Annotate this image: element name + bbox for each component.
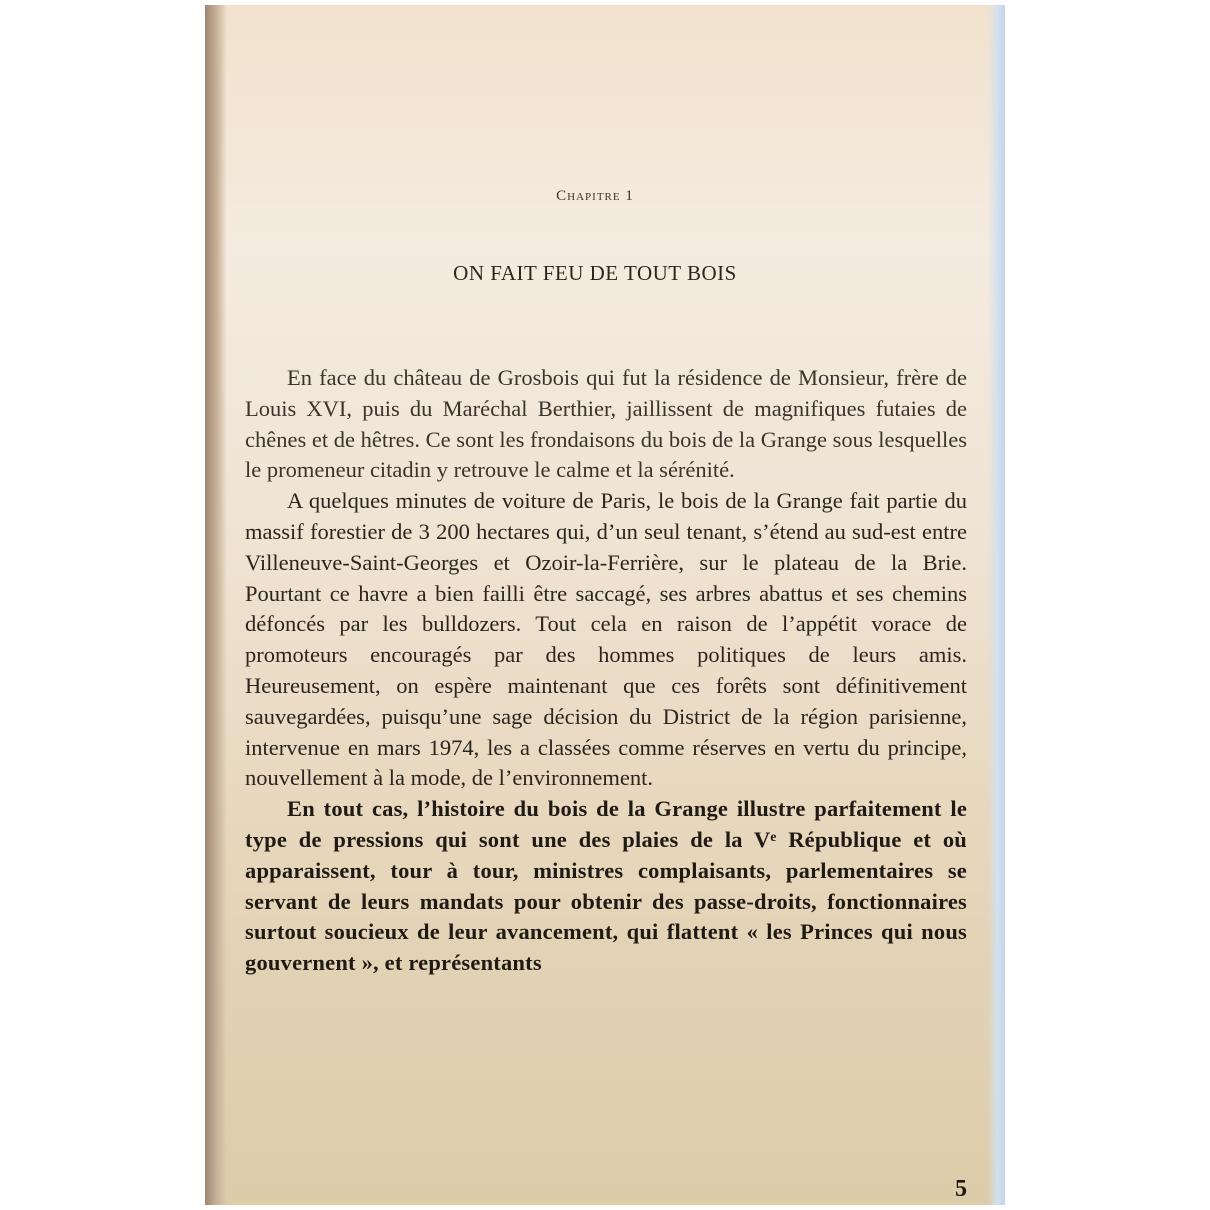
page-number: 5 xyxy=(955,1176,967,1203)
paragraph: En face du château de Grosbois qui fut l… xyxy=(245,363,967,486)
paragraph: En tout cas, l’histoire du bois de la Gr… xyxy=(245,794,967,979)
book-page-photo: Chapitre 1 ON FAIT FEU DE TOUT BOIS En f… xyxy=(205,5,1005,1205)
body-text: En face du château de Grosbois qui fut l… xyxy=(245,363,967,979)
paragraph: A quelques minutes de voiture de Paris, … xyxy=(245,486,967,794)
book-page: Chapitre 1 ON FAIT FEU DE TOUT BOIS En f… xyxy=(205,5,1005,1205)
chapter-label: Chapitre 1 xyxy=(205,188,985,205)
chapter-title: ON FAIT FEU DE TOUT BOIS xyxy=(205,261,985,286)
